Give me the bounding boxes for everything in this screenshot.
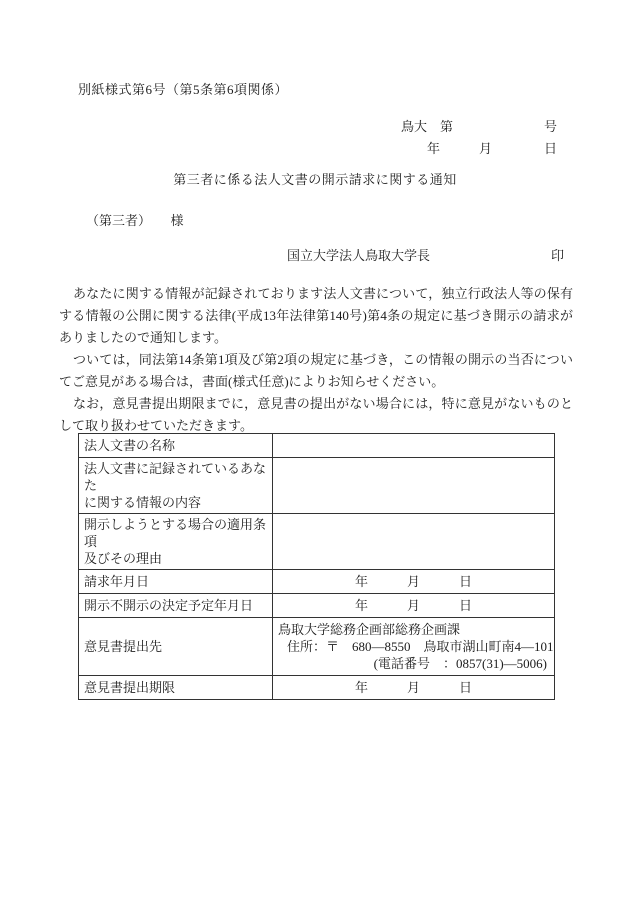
table-row: 意見書提出先 鳥取大学総務企画部総務企画課 住所：〒 680―8550 鳥取市湖… (79, 618, 555, 676)
seal-placeholder: 印 (551, 245, 564, 264)
body-paragraph: なお，意見書提出期限までに，意見書の提出がない場合には，特に意見がないものとして… (59, 393, 573, 437)
sender-name: 国立大学法人鳥取大学長 (287, 245, 430, 264)
row-value-request-date: 年 月 日 (273, 570, 555, 594)
row-value-decision-date: 年 月 日 (273, 594, 555, 618)
row-label-decision-date: 開示不開示の決定予定年月日 (79, 594, 273, 618)
submit-to-department: 鳥取大学総務企画部総務企画課 (278, 621, 549, 638)
document-title: 第三者に係る法人文書の開示請求に関する通知 (0, 169, 630, 188)
body-paragraph: ついては，同法第14条第1項及び第2項の規定に基づき，この情報の開示の当否につい… (59, 349, 573, 393)
row-value-applicable-clause (273, 514, 555, 570)
doc-number-block: 鳥大 第 号 年 月 日 (401, 116, 557, 160)
table-row: 請求年月日 年 月 日 (79, 570, 555, 594)
addressee-line: （第三者） 様 (86, 210, 184, 229)
table-row: 開示不開示の決定予定年月日 年 月 日 (79, 594, 555, 618)
submit-to-address: 住所：〒 680―8550 鳥取市湖山町南4―101 (278, 638, 549, 655)
row-label-submission-deadline: 意見書提出期限 (79, 676, 273, 700)
table-row: 法人文書の名称 (79, 434, 555, 458)
row-label-document-name: 法人文書の名称 (79, 434, 273, 458)
submit-to-phone: (電話番号 ：0857(31)―5006) (278, 655, 549, 672)
sender-row: 国立大学法人鳥取大学長 印 (287, 245, 564, 264)
row-label-applicable-clause: 開示しようとする場合の適用条項 及びその理由 (79, 514, 273, 570)
form-number-label: 別紙様式第6号（第5条第6項関係） (78, 79, 288, 98)
row-label-recorded-info: 法人文書に記録されているあなた に関する情報の内容 (79, 458, 273, 514)
row-value-submission-deadline: 年 月 日 (273, 676, 555, 700)
doc-date-line: 年 月 日 (401, 138, 557, 160)
row-label-request-date: 請求年月日 (79, 570, 273, 594)
row-value-document-name (273, 434, 555, 458)
table-row: 法人文書に記録されているあなた に関する情報の内容 (79, 458, 555, 514)
table-row: 意見書提出期限 年 月 日 (79, 676, 555, 700)
body-text: あなたに関する情報が記録されております法人文書について，独立行政法人等の保有する… (59, 283, 573, 437)
document-page: 別紙様式第6号（第5条第6項関係） 鳥大 第 号 年 月 日 第三者に係る法人文… (0, 0, 630, 903)
doc-number-line: 鳥大 第 号 (401, 116, 557, 138)
row-label-submit-to: 意見書提出先 (79, 618, 273, 676)
notice-table: 法人文書の名称 法人文書に記録されているあなた に関する情報の内容 開示しようと… (78, 433, 555, 700)
row-value-recorded-info (273, 458, 555, 514)
row-value-submit-to: 鳥取大学総務企画部総務企画課 住所：〒 680―8550 鳥取市湖山町南4―10… (273, 618, 555, 676)
body-paragraph: あなたに関する情報が記録されております法人文書について，独立行政法人等の保有する… (59, 283, 573, 349)
table-row: 開示しようとする場合の適用条項 及びその理由 (79, 514, 555, 570)
